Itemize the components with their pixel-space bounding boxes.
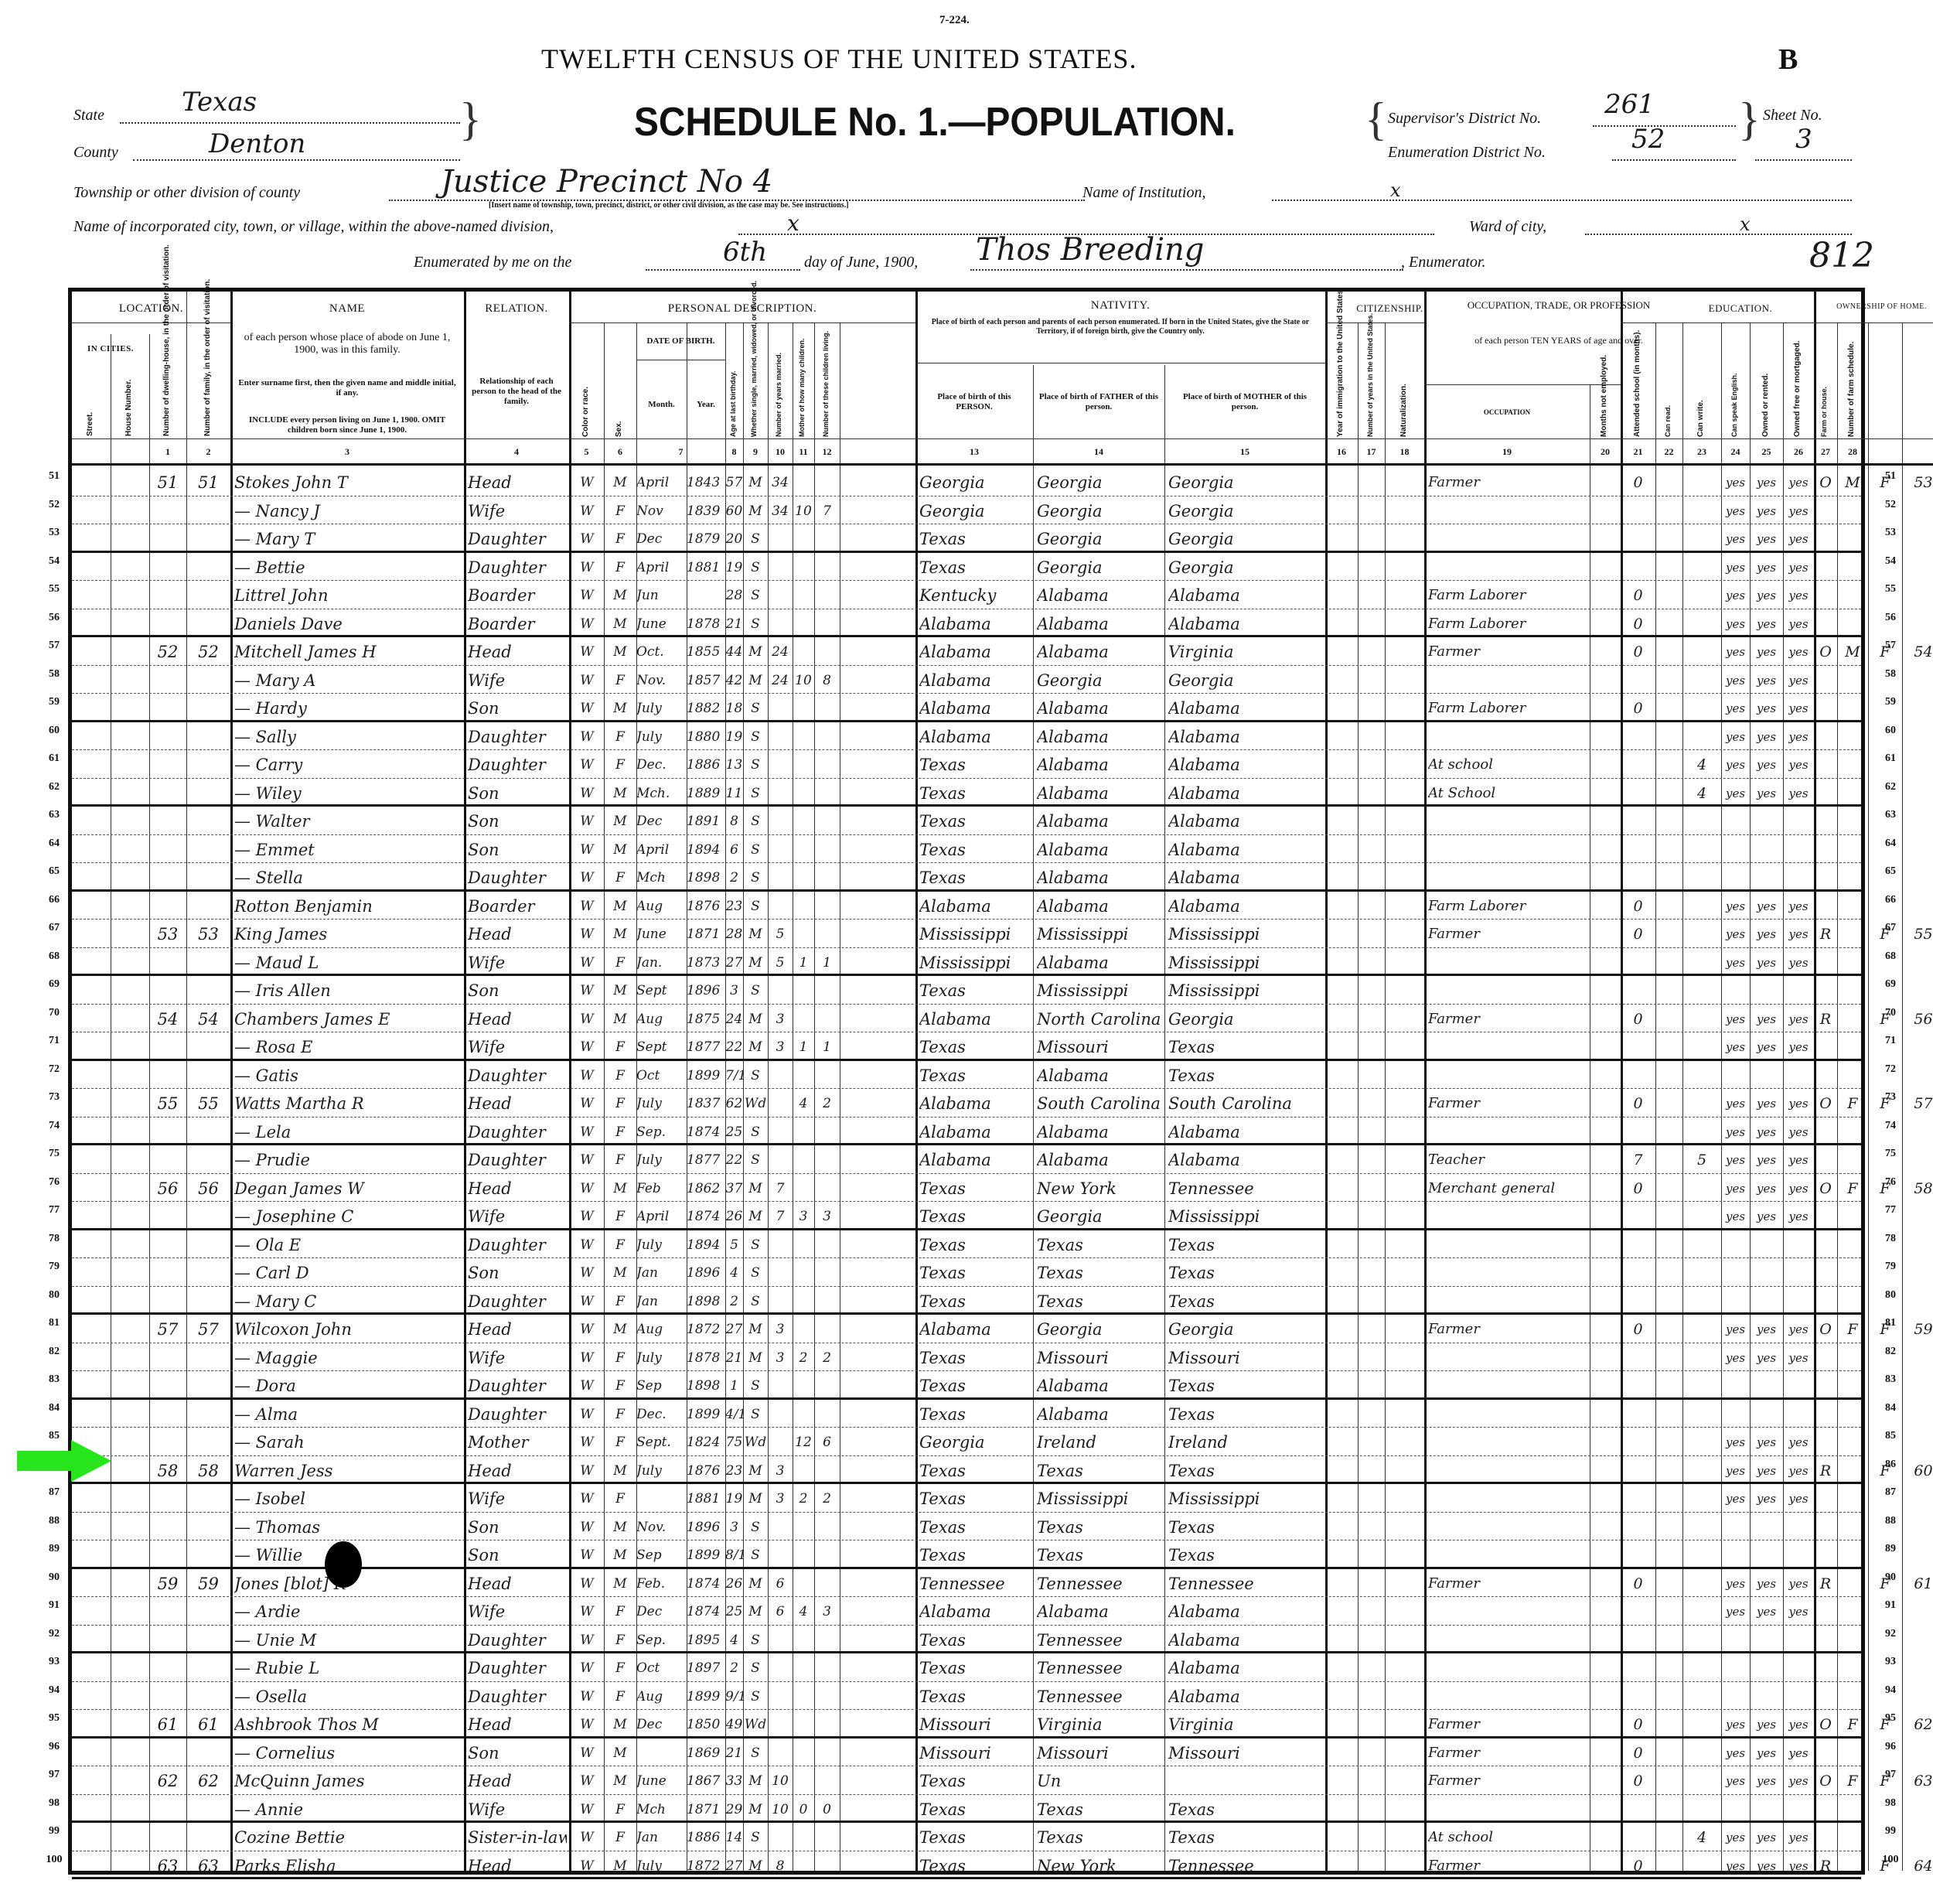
col-number-21: 21 bbox=[1621, 446, 1655, 458]
cell-school bbox=[1682, 808, 1721, 834]
line-number-left: 72 bbox=[39, 1063, 70, 1076]
cell-mother-birth: Alabama bbox=[1168, 1147, 1325, 1173]
hdr-relation: RELATION. bbox=[464, 302, 569, 316]
col-header-2: Number of family, in the order of visita… bbox=[203, 340, 212, 436]
cell-owned-rented bbox=[1814, 1260, 1837, 1286]
cell-month: Nov. bbox=[636, 1514, 687, 1541]
hdr-nativity-desc: Place of birth of each person and parent… bbox=[919, 318, 1321, 336]
cell-father-birth: Georgia bbox=[1037, 469, 1164, 496]
cell-write bbox=[1750, 1260, 1783, 1286]
cell-name: Daniels Dave bbox=[234, 611, 462, 637]
cell-marital: S bbox=[743, 526, 768, 552]
cell-farm-schedule: 63 bbox=[1902, 1768, 1933, 1794]
enumerator-name: Thos Breeding bbox=[976, 232, 1204, 268]
schedule-title: SCHEDULE No. 1.—POPULATION. bbox=[634, 99, 1236, 145]
cell-owned-rented bbox=[1814, 1345, 1837, 1371]
cell-family bbox=[186, 752, 230, 778]
cell-english bbox=[1783, 1627, 1814, 1653]
cell-farm-schedule bbox=[1902, 1232, 1933, 1258]
cell-family bbox=[186, 724, 230, 750]
cell-months-unemployed bbox=[1621, 1824, 1655, 1851]
cell-birth: Texas bbox=[919, 1627, 1033, 1653]
cell-year: 1874 bbox=[687, 1119, 725, 1145]
cell-family: 54 bbox=[186, 1006, 230, 1032]
line-number-left: 51 bbox=[39, 470, 70, 483]
cell-mother-of: 4 bbox=[793, 1090, 814, 1117]
cell-relation: Head bbox=[468, 1458, 567, 1484]
cell-farm-schedule: 59 bbox=[1902, 1316, 1933, 1343]
cell-english: yes bbox=[1783, 639, 1814, 665]
ward-value: x bbox=[1740, 213, 1751, 235]
cell-free-mortgaged bbox=[1837, 1655, 1868, 1681]
cell-mother-birth: Virginia bbox=[1168, 639, 1325, 665]
cell-free-mortgaged bbox=[1837, 1006, 1868, 1032]
cell-school bbox=[1682, 865, 1721, 891]
hdr-nativity: NATIVITY. bbox=[915, 299, 1325, 312]
cell-name: — Maud L bbox=[234, 950, 462, 976]
cell-farm-schedule: 62 bbox=[1902, 1711, 1933, 1738]
state-value: Texas bbox=[182, 87, 257, 118]
enumerated-prefix: Enumerated by me on the bbox=[414, 254, 571, 271]
cell-birth: Georgia bbox=[919, 1429, 1033, 1455]
table-row: — Carl DSonWMJan18964STexasTexasTexas bbox=[72, 1258, 1861, 1287]
cell-farm-schedule bbox=[1902, 893, 1933, 920]
cell-father-birth: Georgia bbox=[1037, 554, 1164, 581]
cell-color: W bbox=[571, 752, 603, 778]
cell-school bbox=[1682, 1316, 1721, 1343]
table-row: 5353King JamesHeadWMJune187128M5Mississi… bbox=[72, 920, 1861, 948]
cell-marital: S bbox=[743, 1260, 768, 1286]
cell-free-mortgaged: M bbox=[1837, 639, 1868, 665]
cell-write: yes bbox=[1750, 1345, 1783, 1371]
cell-write: yes bbox=[1750, 667, 1783, 694]
cell-mother-of bbox=[793, 1175, 814, 1202]
cell-school bbox=[1682, 1090, 1721, 1117]
township-note: [Insert name of township, town, precinct… bbox=[489, 201, 849, 210]
cell-father-birth: Alabama bbox=[1037, 695, 1164, 722]
cell-birth: Texas bbox=[919, 1824, 1033, 1851]
cell-english: yes bbox=[1783, 1599, 1814, 1625]
cell-birth: Texas bbox=[919, 1655, 1033, 1681]
cell-english: yes bbox=[1783, 582, 1814, 609]
cell-family bbox=[186, 1684, 230, 1710]
cell-occupation: Farmer bbox=[1428, 1768, 1590, 1794]
cell-birth: Alabama bbox=[919, 1147, 1033, 1173]
cell-write: yes bbox=[1750, 780, 1783, 807]
cell-name: Watts Martha R bbox=[234, 1090, 462, 1117]
cell-months-unemployed bbox=[1621, 1542, 1655, 1568]
cell-relation: Head bbox=[468, 921, 567, 947]
cell-farm-schedule: 58 bbox=[1902, 1175, 1933, 1202]
cell-color: W bbox=[571, 1740, 603, 1766]
cell-school bbox=[1682, 1711, 1721, 1738]
cell-color: W bbox=[571, 1373, 603, 1399]
cell-children-living: 2 bbox=[814, 1345, 840, 1371]
cell-year: 1877 bbox=[687, 1034, 725, 1060]
cell-months-unemployed: 0 bbox=[1621, 1175, 1655, 1202]
cell-year: 1871 bbox=[687, 1797, 725, 1823]
line-number-right: 64 bbox=[1875, 838, 1906, 850]
supervisor-label: Supervisor's District No. bbox=[1388, 110, 1541, 128]
cell-birth: Texas bbox=[919, 1486, 1033, 1512]
cell-relation: Head bbox=[468, 1571, 567, 1597]
cell-write bbox=[1750, 808, 1783, 834]
cell-relation: Wife bbox=[468, 498, 567, 524]
hdr-name-include: INCLUDE every person living on June 1, 1… bbox=[238, 415, 456, 435]
cell-mother-of bbox=[793, 978, 814, 1004]
cell-mother-of bbox=[793, 1514, 814, 1541]
cell-mother-of bbox=[793, 611, 814, 637]
cell-family bbox=[186, 950, 230, 976]
header-rule bbox=[636, 360, 725, 360]
cell-mother-of bbox=[793, 1316, 814, 1343]
cell-write: yes bbox=[1750, 1316, 1783, 1343]
cell-age: 62 bbox=[725, 1090, 743, 1117]
cell-age: 6 bbox=[725, 837, 743, 863]
line-number-right: 83 bbox=[1875, 1373, 1906, 1386]
col-number-19: 19 bbox=[1424, 446, 1590, 458]
table-row: — StellaDaughterWFMch18982STexasAlabamaA… bbox=[72, 863, 1861, 892]
cell-free-mortgaged bbox=[1837, 921, 1868, 947]
cell-school bbox=[1682, 921, 1721, 947]
line-number-left: 57 bbox=[39, 640, 70, 652]
cell-color: W bbox=[571, 1175, 603, 1202]
cell-free-mortgaged bbox=[1837, 1288, 1868, 1315]
line-number-left: 75 bbox=[39, 1148, 70, 1160]
cell-farm-schedule bbox=[1902, 526, 1933, 552]
cell-farm-schedule bbox=[1902, 1260, 1933, 1286]
cell-month: Oct. bbox=[636, 639, 687, 665]
line-number-right: 51 bbox=[1875, 470, 1906, 483]
cell-marital: S bbox=[743, 780, 768, 807]
line-number-left: 60 bbox=[39, 725, 70, 737]
cell-sex: F bbox=[604, 1288, 636, 1315]
cell-father-birth: Tennessee bbox=[1037, 1571, 1164, 1597]
cell-name: — Sally bbox=[234, 724, 462, 750]
cell-years-married bbox=[768, 1288, 793, 1315]
cell-mother-of bbox=[793, 1373, 814, 1399]
table-row: 5555Watts Martha RHeadWFJuly183762Wd42Al… bbox=[72, 1089, 1861, 1117]
cell-name: — Rosa E bbox=[234, 1034, 462, 1060]
cell-year: 1875 bbox=[687, 1006, 725, 1032]
cell-mother-of bbox=[793, 526, 814, 552]
cell-father-birth: Alabama bbox=[1037, 582, 1164, 609]
cell-years-married bbox=[768, 1824, 793, 1851]
cell-occupation: At School bbox=[1428, 780, 1590, 807]
cell-free-mortgaged: F bbox=[1837, 1768, 1868, 1794]
cell-farm-schedule bbox=[1902, 667, 1933, 694]
cell-dwelling: 54 bbox=[149, 1006, 186, 1032]
cell-dwelling: 57 bbox=[149, 1316, 186, 1343]
cell-birth: Texas bbox=[919, 808, 1033, 834]
cell-month: July bbox=[636, 695, 687, 722]
cell-owned-rented bbox=[1814, 780, 1837, 807]
cell-free-mortgaged bbox=[1837, 1627, 1868, 1653]
line-number-right: 72 bbox=[1875, 1063, 1906, 1076]
cell-months-unemployed bbox=[1621, 1119, 1655, 1145]
line-number-right: 60 bbox=[1875, 725, 1906, 737]
cell-english bbox=[1783, 865, 1814, 891]
cell-school bbox=[1682, 978, 1721, 1004]
line-number-left: 71 bbox=[39, 1035, 70, 1047]
ink-blot bbox=[325, 1541, 362, 1588]
cell-free-mortgaged bbox=[1837, 837, 1868, 863]
cell-owned-rented bbox=[1814, 582, 1837, 609]
cell-dwelling bbox=[149, 526, 186, 552]
table-row: — CorneliusSonWM186921SMissouriMissouriM… bbox=[72, 1739, 1861, 1767]
cell-dwelling bbox=[149, 1627, 186, 1653]
cell-months-unemployed: 0 bbox=[1621, 1571, 1655, 1597]
cell-color: W bbox=[571, 611, 603, 637]
cell-school bbox=[1682, 1006, 1721, 1032]
cell-dwelling bbox=[149, 893, 186, 920]
table-row: — Rubie LDaughterWFOct18972STexasTenness… bbox=[72, 1653, 1861, 1682]
cell-color: W bbox=[571, 808, 603, 834]
cell-family bbox=[186, 582, 230, 609]
cell-owned-rented bbox=[1814, 1599, 1837, 1625]
col-number-4: 4 bbox=[464, 446, 569, 458]
cell-family bbox=[186, 780, 230, 807]
cell-family bbox=[186, 1119, 230, 1145]
cell-year: 1837 bbox=[687, 1090, 725, 1117]
cell-months-unemployed bbox=[1621, 1486, 1655, 1512]
line-number-right: 59 bbox=[1875, 696, 1906, 708]
cell-mother-birth: Georgia bbox=[1168, 469, 1325, 496]
cell-month: Feb bbox=[636, 1175, 687, 1202]
cell-school bbox=[1682, 1853, 1721, 1879]
cell-occupation bbox=[1428, 667, 1590, 694]
line-number-left: 79 bbox=[39, 1261, 70, 1273]
hdr-relation-desc: Relationship of each person to the head … bbox=[468, 377, 565, 407]
cell-sex: M bbox=[604, 893, 636, 920]
cell-month: Jan. bbox=[636, 950, 687, 976]
cell-occupation: Teacher bbox=[1428, 1147, 1590, 1173]
table-row: Littrel JohnBoarderWMJun28SKentuckyAlaba… bbox=[72, 581, 1861, 609]
cell-name: McQuinn James bbox=[234, 1768, 462, 1794]
cell-children-living: 6 bbox=[814, 1429, 840, 1455]
cell-family bbox=[186, 1486, 230, 1512]
cell-read bbox=[1721, 1627, 1750, 1653]
cell-read: yes bbox=[1721, 526, 1750, 552]
cell-sex: F bbox=[604, 1147, 636, 1173]
cell-name: — Nancy J bbox=[234, 498, 462, 524]
cell-family bbox=[186, 1345, 230, 1371]
cell-marital: S bbox=[743, 1655, 768, 1681]
cell-color: W bbox=[571, 582, 603, 609]
cell-marital: S bbox=[743, 695, 768, 722]
cell-name: King James bbox=[234, 921, 462, 947]
cell-free-mortgaged bbox=[1837, 1684, 1868, 1710]
cell-dwelling bbox=[149, 1684, 186, 1710]
cell-birth: Alabama bbox=[919, 695, 1033, 722]
cell-farm-schedule bbox=[1902, 554, 1933, 581]
cell-owned-rented bbox=[1814, 950, 1837, 976]
city-value: x bbox=[787, 210, 799, 236]
cell-father-birth: South Carolina bbox=[1037, 1090, 1164, 1117]
cell-write: yes bbox=[1750, 526, 1783, 552]
cell-birth: Texas bbox=[919, 1034, 1033, 1060]
hdr-ownership: OWNERSHIP OF HOME. bbox=[1814, 302, 1933, 311]
line-number-left: 52 bbox=[39, 499, 70, 511]
cell-english: yes bbox=[1783, 498, 1814, 524]
cell-color: W bbox=[571, 1288, 603, 1315]
cell-owned-rented: O bbox=[1814, 1090, 1837, 1117]
cell-free-mortgaged bbox=[1837, 865, 1868, 891]
cell-free-mortgaged bbox=[1837, 1232, 1868, 1258]
hdr-occupation: OCCUPATION, TRADE, OR PROFESSION bbox=[1458, 299, 1659, 311]
cell-marital: S bbox=[743, 1542, 768, 1568]
cell-year: 1894 bbox=[687, 1232, 725, 1258]
cell-free-mortgaged bbox=[1837, 1373, 1868, 1399]
cell-mother-of bbox=[793, 837, 814, 863]
cell-sex: M bbox=[604, 1006, 636, 1032]
line-number-left: 95 bbox=[39, 1712, 70, 1725]
cell-year: 1894 bbox=[687, 837, 725, 863]
cell-color: W bbox=[571, 1260, 603, 1286]
cell-marital: S bbox=[743, 837, 768, 863]
cell-write: yes bbox=[1750, 469, 1783, 496]
cell-read: yes bbox=[1721, 582, 1750, 609]
cell-father-birth: Georgia bbox=[1037, 1203, 1164, 1230]
cell-relation: Daughter bbox=[468, 865, 567, 891]
cell-year: 1891 bbox=[687, 808, 725, 834]
cell-month: Dec. bbox=[636, 752, 687, 778]
cell-read: yes bbox=[1721, 1571, 1750, 1597]
cell-sex: F bbox=[604, 1034, 636, 1060]
cell-age: 22 bbox=[725, 1034, 743, 1060]
cell-months-unemployed bbox=[1621, 1797, 1655, 1823]
cell-read: yes bbox=[1721, 1090, 1750, 1117]
cell-relation: Head bbox=[468, 1711, 567, 1738]
cell-mother-birth: Alabama bbox=[1168, 582, 1325, 609]
cell-name: — Dora bbox=[234, 1373, 462, 1399]
cell-age: 20 bbox=[725, 526, 743, 552]
cell-children-living bbox=[814, 837, 840, 863]
cell-mother-of bbox=[793, 1147, 814, 1173]
cell-relation: Son bbox=[468, 808, 567, 834]
cell-read bbox=[1721, 1288, 1750, 1315]
line-number-right: 71 bbox=[1875, 1035, 1906, 1047]
cell-birth: Alabama bbox=[919, 611, 1033, 637]
cell-mother-birth: Virginia bbox=[1168, 1711, 1325, 1738]
cell-dwelling bbox=[149, 1599, 186, 1625]
cell-free-mortgaged bbox=[1837, 1401, 1868, 1428]
cell-name: — Carry bbox=[234, 752, 462, 778]
cell-color: W bbox=[571, 1514, 603, 1541]
cell-family: 55 bbox=[186, 1090, 230, 1117]
line-number-right: 75 bbox=[1875, 1148, 1906, 1160]
cell-name: Wilcoxon John bbox=[234, 1316, 462, 1343]
header-rule bbox=[1814, 322, 1933, 323]
col-number-23: 23 bbox=[1682, 446, 1721, 458]
cell-sex: M bbox=[604, 921, 636, 947]
cell-marital: Wd bbox=[743, 1429, 768, 1455]
cell-year: 1874 bbox=[687, 1599, 725, 1625]
col-header-16: Year of immigration to the United States… bbox=[1336, 330, 1345, 437]
cell-free-mortgaged: F bbox=[1837, 1175, 1868, 1202]
table-row: Daniels DaveBoarderWMJune187821SAlabamaA… bbox=[72, 609, 1861, 638]
hdr-name-desc: of each person whose place of abode on J… bbox=[238, 332, 456, 357]
cell-english bbox=[1783, 1684, 1814, 1710]
cell-years-married: 3 bbox=[768, 1458, 793, 1484]
cell-father-birth: Texas bbox=[1037, 1458, 1164, 1484]
cell-month: Aug bbox=[636, 1006, 687, 1032]
cell-free-mortgaged bbox=[1837, 978, 1868, 1004]
header-rule bbox=[72, 438, 1933, 439]
line-number-left: 65 bbox=[39, 865, 70, 878]
cell-month: July bbox=[636, 1345, 687, 1371]
table-row: — CarryDaughterWFDec.188613STexasAlabama… bbox=[72, 750, 1861, 779]
cell-mother-of bbox=[793, 1119, 814, 1145]
cell-color: W bbox=[571, 1711, 603, 1738]
cell-relation: Daughter bbox=[468, 1684, 567, 1710]
cell-family: 52 bbox=[186, 639, 230, 665]
cell-relation: Boarder bbox=[468, 611, 567, 637]
line-number-left: 91 bbox=[39, 1599, 70, 1612]
cell-english bbox=[1783, 1401, 1814, 1428]
line-number-left: 70 bbox=[39, 1007, 70, 1019]
cell-father-birth: New York bbox=[1037, 1175, 1164, 1202]
cell-name: Chambers James E bbox=[234, 1006, 462, 1032]
cell-father-birth: Alabama bbox=[1037, 752, 1164, 778]
cell-owned-rented bbox=[1814, 1542, 1837, 1568]
cell-age: 4 bbox=[725, 1260, 743, 1286]
cell-occupation: Farmer bbox=[1428, 1853, 1590, 1879]
cell-mother-birth: Alabama bbox=[1168, 611, 1325, 637]
cell-farm-schedule bbox=[1902, 1203, 1933, 1230]
cell-write: yes bbox=[1750, 1853, 1783, 1879]
cell-family: 59 bbox=[186, 1571, 230, 1597]
cell-mother-of bbox=[793, 469, 814, 496]
cell-name: — Hardy bbox=[234, 695, 462, 722]
line-number-right: 74 bbox=[1875, 1120, 1906, 1132]
cell-color: W bbox=[571, 1824, 603, 1851]
cell-marital: S bbox=[743, 978, 768, 1004]
cell-name: — Gatis bbox=[234, 1063, 462, 1089]
cell-children-living: 1 bbox=[814, 950, 840, 976]
cell-school bbox=[1682, 724, 1721, 750]
cell-family bbox=[186, 611, 230, 637]
cell-read: yes bbox=[1721, 1486, 1750, 1512]
table-row: — Ola EDaughterWFJuly18945STexasTexasTex… bbox=[72, 1230, 1861, 1259]
cell-mother-of bbox=[793, 554, 814, 581]
cell-months-unemployed bbox=[1621, 1063, 1655, 1089]
cell-months-unemployed bbox=[1621, 978, 1655, 1004]
cell-father-birth: Alabama bbox=[1037, 1373, 1164, 1399]
line-number-left: 54 bbox=[39, 555, 70, 568]
line-number-right: 96 bbox=[1875, 1741, 1906, 1753]
cell-occupation bbox=[1428, 1232, 1590, 1258]
cell-school: 5 bbox=[1682, 1147, 1721, 1173]
cell-occupation: At school bbox=[1428, 1824, 1590, 1851]
cell-owned-rented bbox=[1814, 808, 1837, 834]
cell-owned-rented bbox=[1814, 837, 1837, 863]
cell-school bbox=[1682, 1232, 1721, 1258]
cell-dwelling: 56 bbox=[149, 1175, 186, 1202]
table-row: — ArdieWifeWFDec187425M643AlabamaAlabama… bbox=[72, 1597, 1861, 1626]
cell-name: — Mary A bbox=[234, 667, 462, 694]
cell-school bbox=[1682, 1288, 1721, 1315]
col-header-24: Can speak English. bbox=[1730, 330, 1738, 437]
col-header-23: Can write. bbox=[1696, 330, 1705, 437]
cell-mother-of: 1 bbox=[793, 1034, 814, 1060]
table-row: 6262McQuinn JamesHeadWMJune186733M10Texa… bbox=[72, 1766, 1861, 1795]
line-number-left: 53 bbox=[39, 527, 70, 539]
cell-free-mortgaged bbox=[1837, 554, 1868, 581]
cell-months-unemployed: 0 bbox=[1621, 469, 1655, 496]
cell-name: — Carl D bbox=[234, 1260, 462, 1286]
cell-father-birth: Texas bbox=[1037, 1288, 1164, 1315]
